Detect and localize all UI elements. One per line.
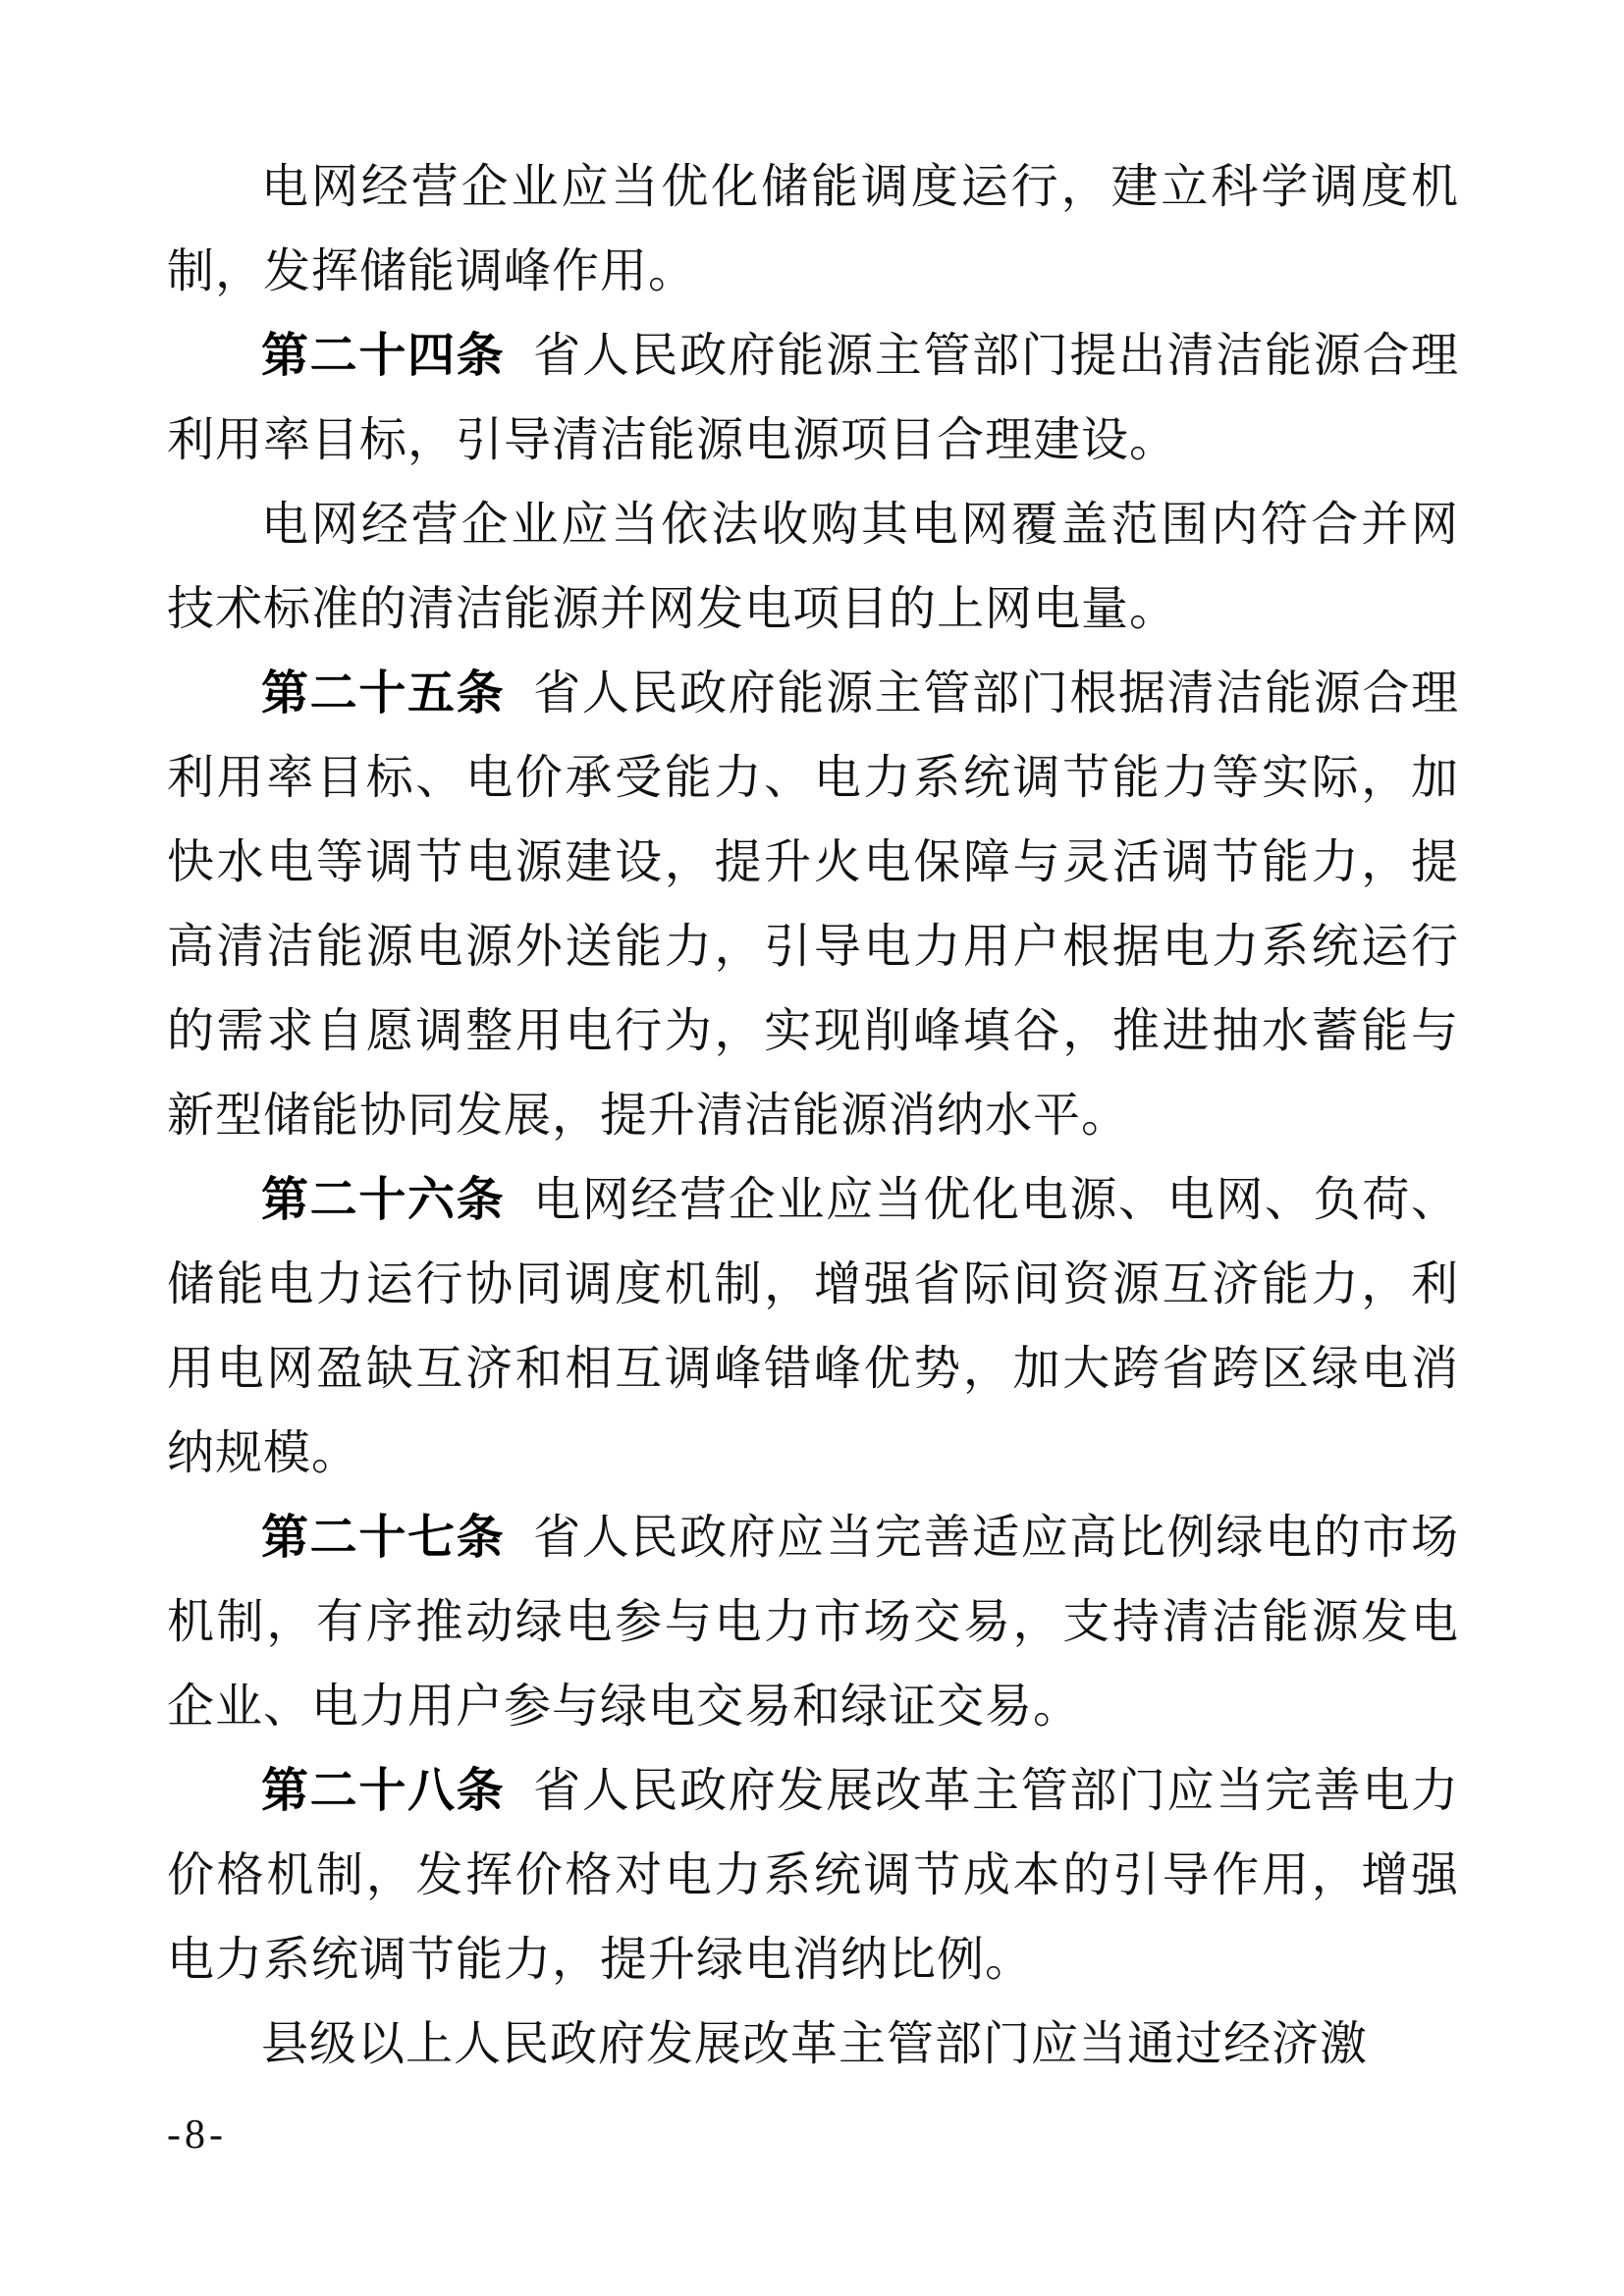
- paragraph: 第二十六条电网经营企业应当优化电源、电网、负荷、储能电力运行协同调度机制，增强省…: [167, 1158, 1459, 1496]
- paragraph: 第二十八条省人民政府发展改革主管部门应当完善电力价格机制，发挥价格对电力系统调节…: [167, 1749, 1459, 2002]
- paragraph-text: 电网经营企业应当依法收购其电网覆盖范围内符合并网技术标准的清洁能源并网发电项目的…: [167, 499, 1459, 635]
- paragraph: 第二十七条省人民政府应当完善适应高比例绿电的市场机制，有序推动绿电参与电力市场交…: [167, 1496, 1459, 1749]
- paragraph-text: 省人民政府能源主管部门根据清洁能源合理利用率目标、电价承受能力、电力系统调节能力…: [167, 667, 1459, 1142]
- paragraph: 第二十四条省人民政府能源主管部门提出清洁能源合理利用率目标，引导清洁能源电源项目…: [167, 314, 1459, 483]
- article-number: 第二十八条: [261, 1765, 505, 1817]
- paragraph: 县级以上人民政府发展改革主管部门应当通过经济激: [167, 2002, 1459, 2087]
- paragraph: 电网经营企业应当优化储能调度运行，建立科学调度机制，发挥储能调峰作用。: [167, 145, 1459, 314]
- paragraph-text: 县级以上人民政府发展改革主管部门应当通过经济激: [261, 2018, 1368, 2070]
- paragraph: 电网经营企业应当依法收购其电网覆盖范围内符合并网技术标准的清洁能源并网发电项目的…: [167, 483, 1459, 652]
- article-number: 第二十七条: [261, 1512, 505, 1564]
- page-number: -8-: [167, 2111, 227, 2159]
- article-number: 第二十五条: [261, 667, 505, 720]
- paragraph: 第二十五条省人民政府能源主管部门根据清洁能源合理利用率目标、电价承受能力、电力系…: [167, 652, 1459, 1158]
- paragraph-text: 电网经营企业应当优化储能调度运行，建立科学调度机制，发挥储能调峰作用。: [167, 161, 1459, 297]
- article-number: 第二十四条: [261, 330, 505, 382]
- document-page: 电网经营企业应当优化储能调度运行，建立科学调度机制，发挥储能调峰作用。 第二十四…: [0, 0, 1624, 2296]
- document-body: 电网经营企业应当优化储能调度运行，建立科学调度机制，发挥储能调峰作用。 第二十四…: [167, 145, 1459, 2087]
- article-number: 第二十六条: [261, 1174, 505, 1226]
